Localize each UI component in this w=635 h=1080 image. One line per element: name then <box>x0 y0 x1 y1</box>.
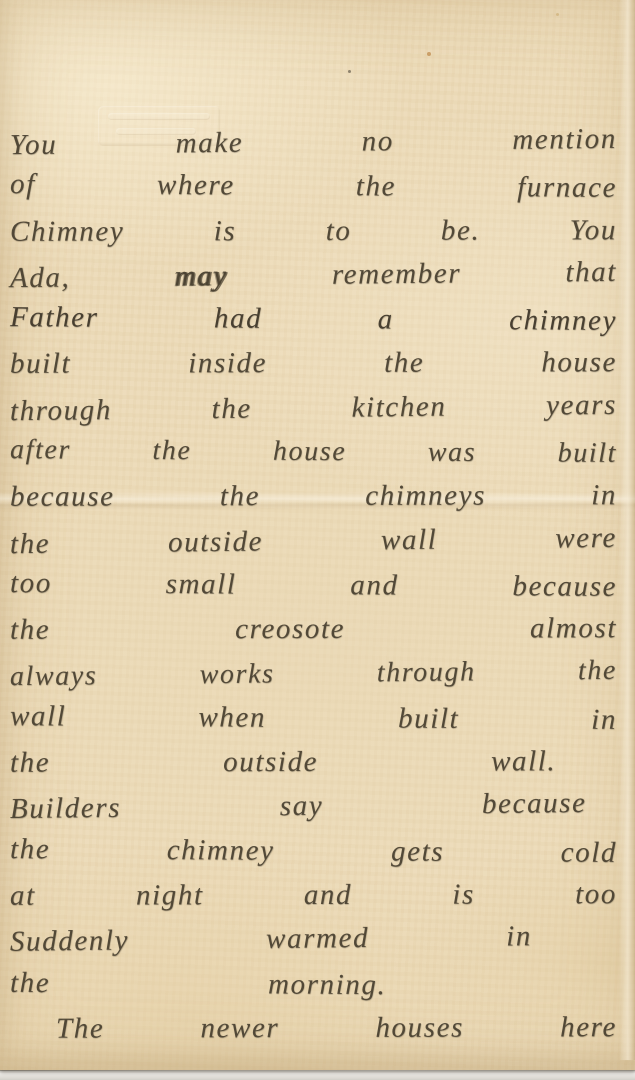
letter-line: becausethechimneysin <box>10 480 617 526</box>
letter-line: themorning. <box>10 966 387 1013</box>
letter-line: throughthekitchenyears <box>10 389 617 440</box>
paper-speck <box>348 70 351 73</box>
letter-line: thechimneygetscold <box>10 833 617 881</box>
paper-speck <box>427 52 431 56</box>
letter-scan: Youmakenomention ofwherethefurnace Chimn… <box>0 0 635 1080</box>
letter-line: toosmallandbecause <box>10 567 617 615</box>
letter-line: Thenewerhouseshere <box>10 1011 617 1057</box>
letter-line: atnightandistoo <box>10 878 617 924</box>
letter-line: builtinsidethehouse <box>10 347 617 393</box>
letter-line: theoutsidewall. <box>10 745 556 791</box>
letter-line: Ada,mayrememberthat <box>10 256 617 307</box>
letter-line: theoutsidewallwere <box>10 521 617 572</box>
letter-line: Fatherhadachimney <box>10 301 617 349</box>
letter-line: ofwherethefurnace <box>10 168 617 216</box>
letter-page: Youmakenomention ofwherethefurnace Chimn… <box>0 0 635 1070</box>
page-right-edge <box>619 0 635 1060</box>
letter-line: afterthehousewasbuilt <box>10 434 617 482</box>
letter-line: Youmakenomention <box>10 123 617 174</box>
letter-line: Builderssaybecause <box>10 787 587 837</box>
paper-speck <box>556 13 559 16</box>
letter-body: Youmakenomention ofwherethefurnace Chimn… <box>10 126 617 1056</box>
letter-line: thecreosotealmost <box>10 612 617 658</box>
letter-line: Chimneyistobe.You <box>10 214 617 260</box>
letter-line: alwaysworksthroughthe <box>10 654 617 705</box>
letter-line: wallwhenbuiltin <box>10 700 617 748</box>
letter-line: Suddenlywarmedin <box>10 921 532 971</box>
